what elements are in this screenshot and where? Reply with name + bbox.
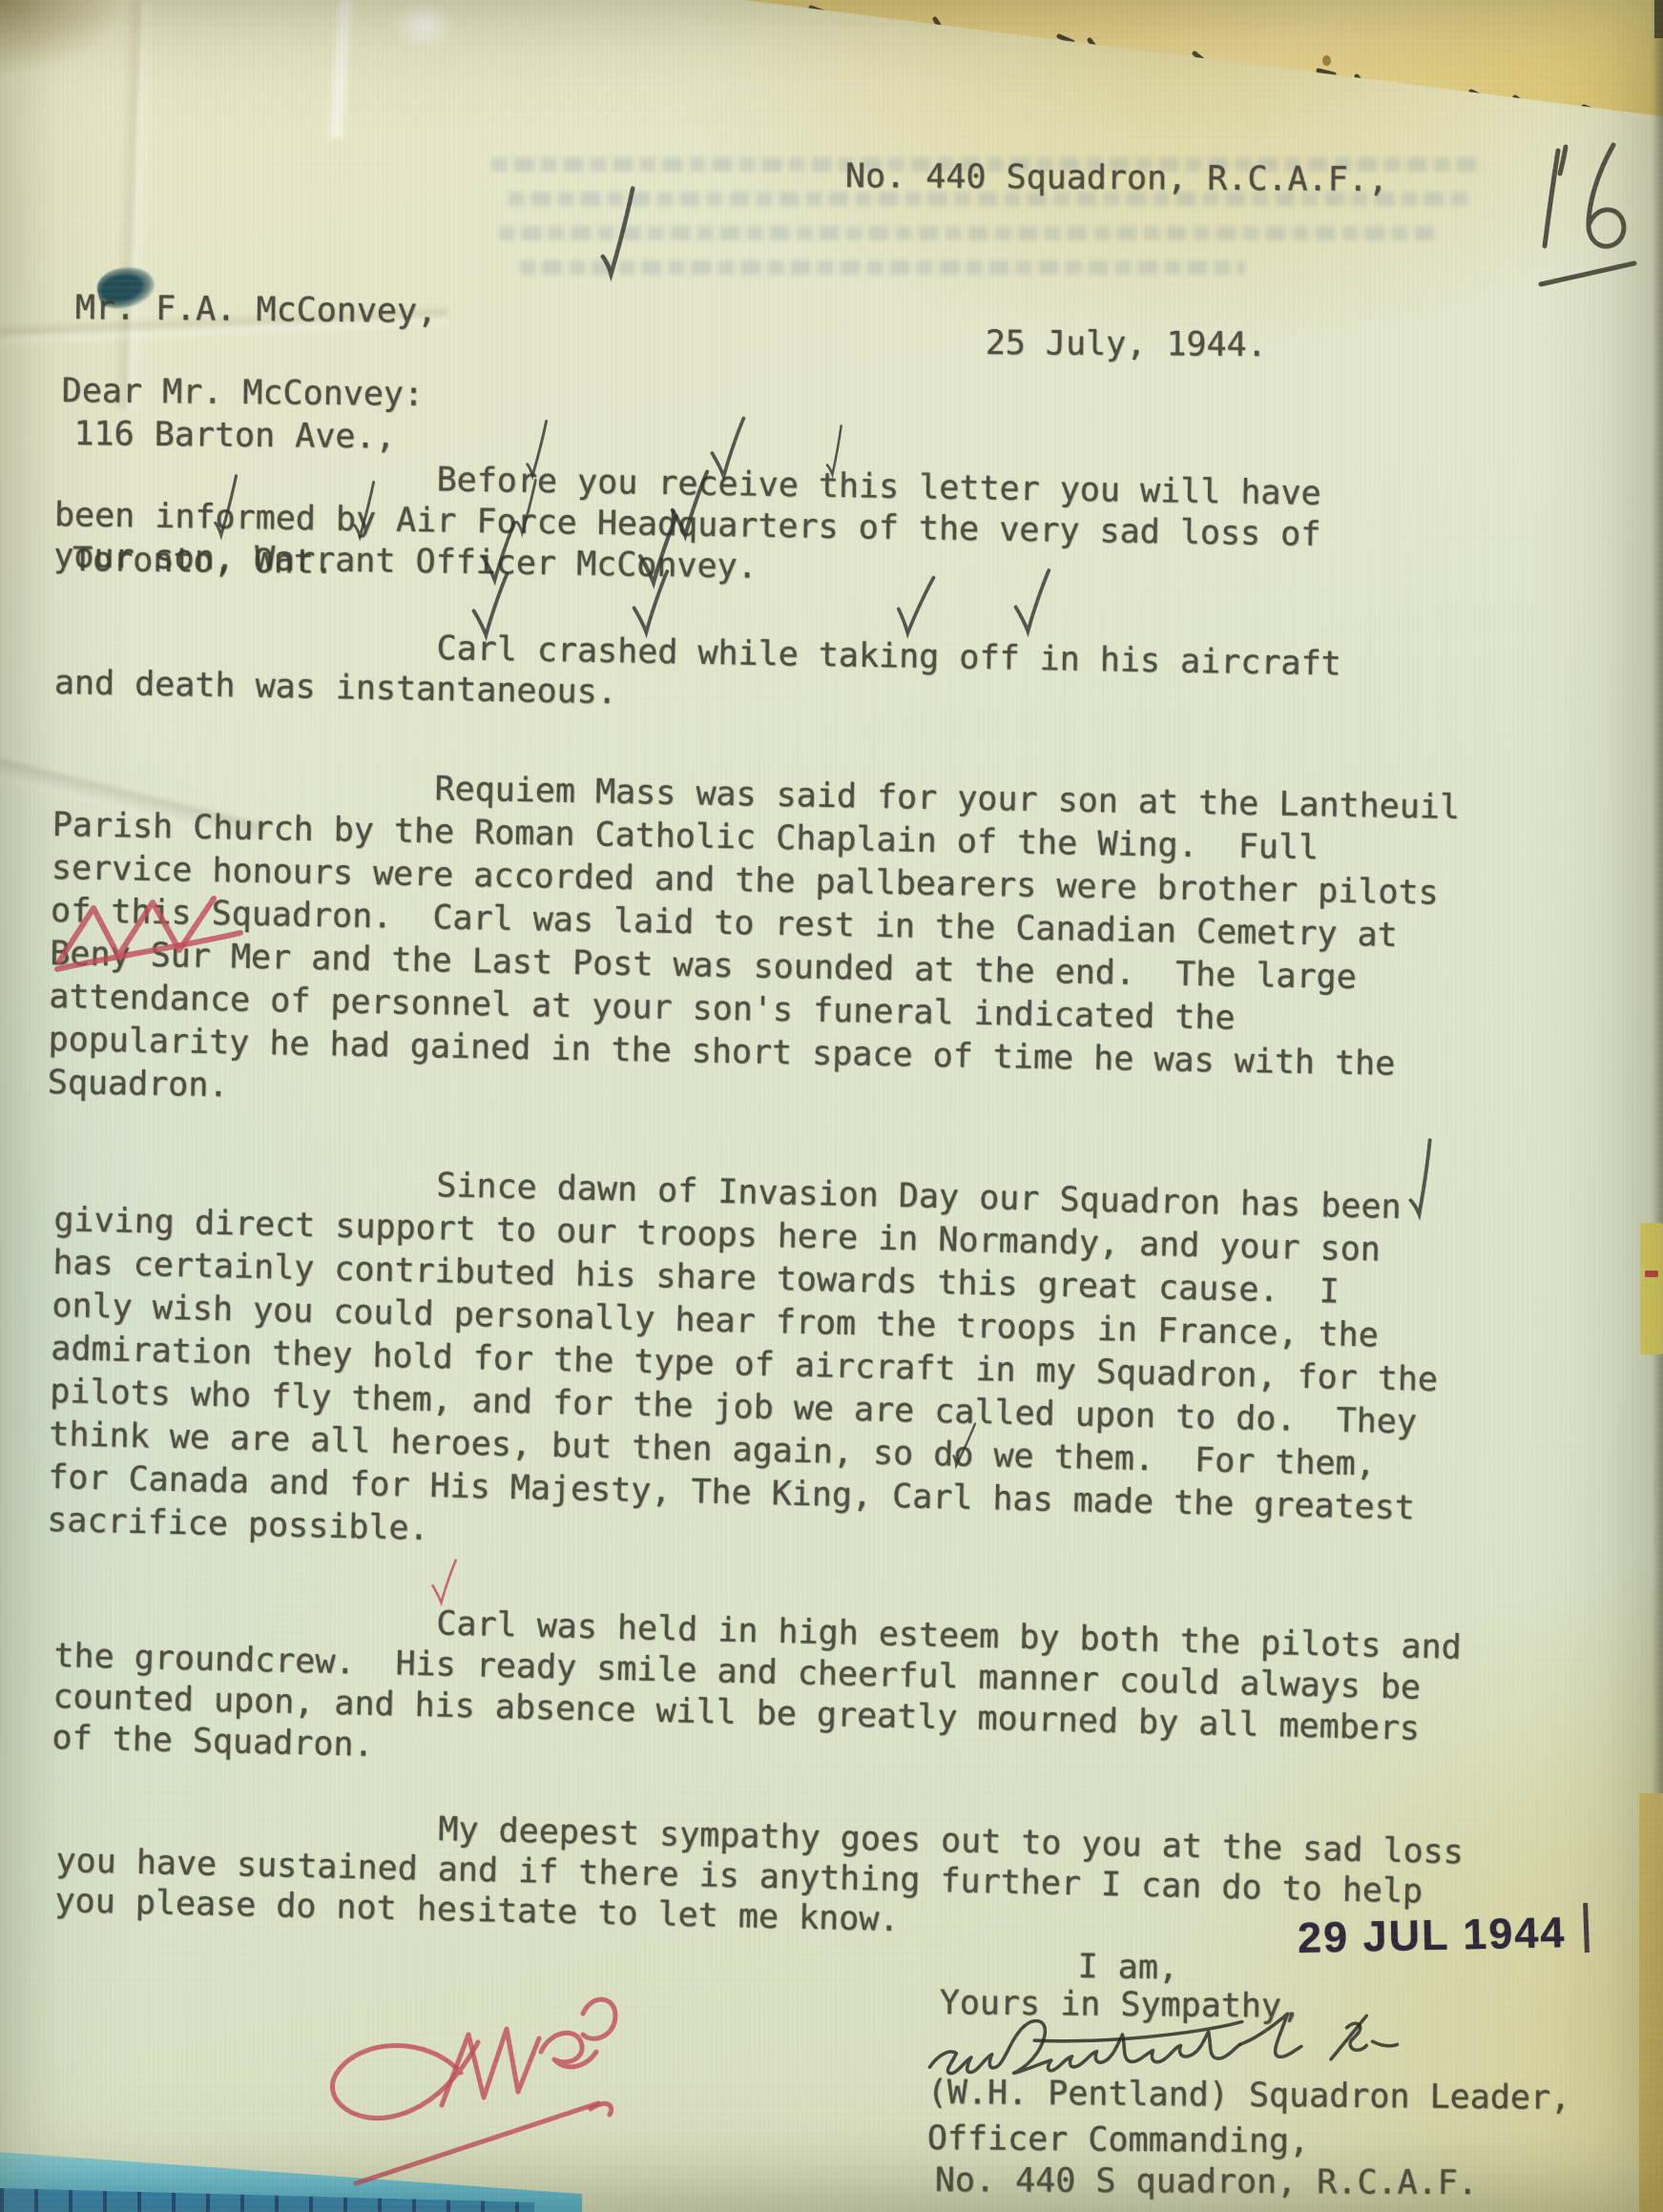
letterhead: No. 440 Squadron, R.C.A.F., 25 July, 194… xyxy=(843,38,1389,485)
handwritten-page-number xyxy=(1522,134,1663,296)
checkmark-annotation xyxy=(1011,565,1051,637)
under-sheet-sliver xyxy=(1639,1793,1663,2212)
paragraph-4: Since dawn of Invasion Day our Squadron … xyxy=(47,1156,1582,1577)
handwritten-signature xyxy=(916,2001,1469,2097)
side-tab-red-mark xyxy=(1645,1271,1658,1277)
checkmark-annotation xyxy=(351,479,378,542)
checkmark-annotation xyxy=(524,418,551,481)
received-date-stamp: 29 JUL 1944 xyxy=(1297,1908,1566,1963)
checkmark-annotation xyxy=(212,472,240,541)
checkmark-annotation xyxy=(708,412,746,483)
checkmark-annotation xyxy=(891,569,936,641)
corner-smudge xyxy=(0,0,124,76)
red-check-marks xyxy=(50,885,336,976)
checkmark-annotation xyxy=(630,565,670,639)
side-paper-tab xyxy=(1640,1223,1663,1354)
red-checkmark-annotation xyxy=(429,1557,458,1606)
salutation: Dear Mr. McConvey: xyxy=(62,370,425,417)
checkmark-annotation xyxy=(821,423,849,480)
closing-unit: No. 440 S quadron, R.C.A.F. xyxy=(935,2160,1478,2205)
checkmark-annotation xyxy=(513,477,540,538)
red-initials-scribble xyxy=(301,1960,644,2199)
recipient-address: Mr. F.A. McConvey, 116 Barton Ave., Toro… xyxy=(72,203,438,669)
scanned-letter-page: No. 440 Squadron, R.C.A.F., 25 July, 194… xyxy=(0,0,1663,2212)
checkmark-annotation xyxy=(469,569,509,641)
checkmark-annotation xyxy=(599,183,637,282)
recipient-name: Mr. F.A. McConvey, xyxy=(75,287,438,333)
closing-role: Officer Commanding, xyxy=(927,2118,1310,2163)
letterhead-date: 25 July, 1944. xyxy=(844,315,1387,374)
letterhead-unit: No. 440 Squadron, R.C.A.F., xyxy=(845,149,1388,208)
recipient-street: 116 Barton Ave., xyxy=(73,413,436,459)
paragraph-1: Before you receive this letter you will … xyxy=(53,454,1582,601)
